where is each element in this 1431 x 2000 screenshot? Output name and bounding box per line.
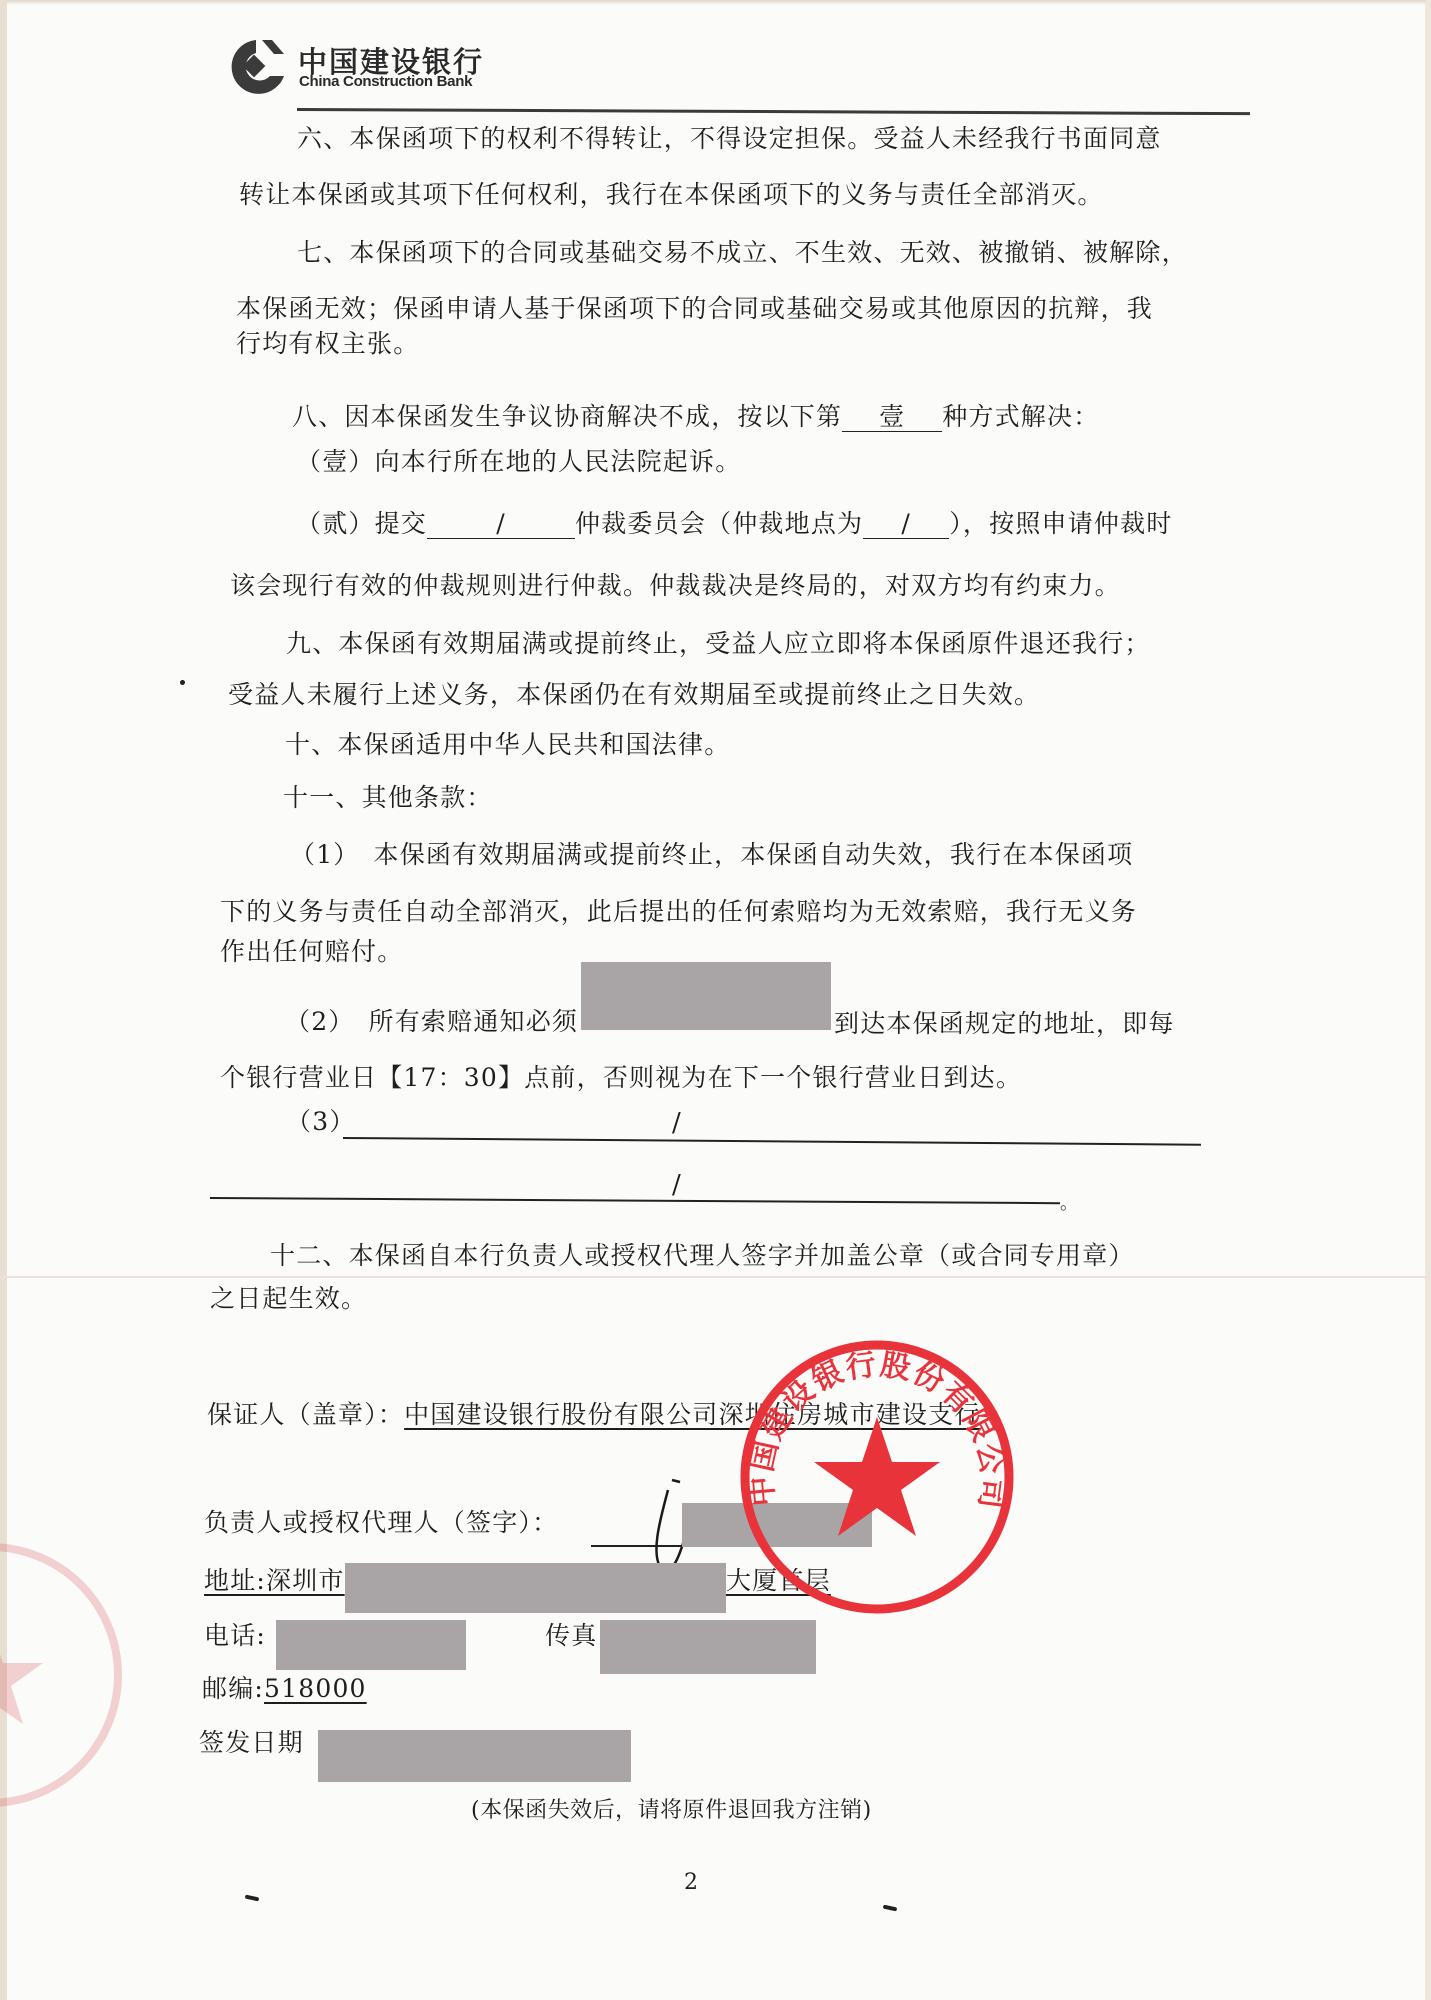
scan-edge-top bbox=[0, 0, 1431, 5]
clause-7-line-3: 行均有权主张。 bbox=[236, 327, 419, 361]
scan-edge-right bbox=[1425, 0, 1431, 2000]
clause-6-line-2: 转让本保函或其项下任何权利，我行在本保函项下的义务与责任全部消灭。 bbox=[239, 178, 1104, 212]
redaction-box bbox=[600, 1620, 816, 1674]
item-3-blank-line-2 bbox=[210, 1197, 1060, 1204]
clause-8-suffix: 种方式解决： bbox=[942, 402, 1099, 431]
postcode-label: 邮编: bbox=[202, 1674, 264, 1703]
signer-label: 负责人或授权代理人（签字）： bbox=[204, 1508, 558, 1537]
option-2-suffix: ），按照申请仲裁时 bbox=[949, 509, 1172, 538]
guarantor-label: 保证人（盖章）： bbox=[207, 1400, 404, 1429]
clause-11-item-1-line-1: （1）本保函有效期届满或提前终止，本保函自动失效，我行在本保函项 bbox=[290, 838, 1133, 872]
redaction-box bbox=[276, 1620, 466, 1670]
bank-name-en: China Construction Bank bbox=[299, 73, 472, 90]
scan-speck bbox=[245, 1895, 260, 1902]
page-number: 2 bbox=[684, 1870, 698, 1895]
redaction-box bbox=[318, 1730, 631, 1782]
item-2-prefix: 所有索赔通知必须 bbox=[369, 1007, 579, 1036]
item-2-label: （2） bbox=[285, 1007, 355, 1036]
clause-11-item-2-line-2: 个银行营业日【17：30】点前，否则视为在下一个银行营业日到达。 bbox=[220, 1061, 1022, 1095]
clause-8-option-2-line-2: 该会现行有效的仲裁规则进行仲裁。仲裁裁决是终局的，对双方均有约束力。 bbox=[230, 569, 1121, 603]
ccb-logo-icon bbox=[226, 38, 290, 94]
scan-artifact-line bbox=[0, 1276, 1431, 1278]
address-row: 地址:深圳市 bbox=[204, 1564, 345, 1598]
postcode-value: 518000 bbox=[264, 1674, 367, 1703]
issue-date-label: 签发日期 bbox=[199, 1726, 304, 1760]
item-1-label: （1） bbox=[290, 840, 360, 869]
clause-7-line-2: 本保函无效；保函申请人基于保函项下的合同或基础交易或其他原因的抗辩，我 bbox=[236, 292, 1153, 326]
option-2-prefix: （贰）提交 bbox=[296, 509, 427, 538]
item-3-fill-1: / bbox=[672, 1108, 681, 1138]
header-divider bbox=[297, 108, 1250, 115]
clause-9-line-1: 九、本保函有效期届满或提前终止，受益人应立即将本保函原件退还我行； bbox=[286, 627, 1151, 661]
clause-12-line-2: 之日起生效。 bbox=[210, 1282, 367, 1316]
address-label: 地址:深圳市 bbox=[204, 1566, 345, 1595]
arbitration-committee-field: / bbox=[427, 510, 575, 539]
arbitration-place-field: / bbox=[863, 510, 949, 539]
item-3-end-mark: 。 bbox=[1060, 1187, 1079, 1221]
clause-6-line-1: 六、本保函项下的权利不得转让，不得设定担保。受益人未经我行书面同意 bbox=[297, 122, 1162, 156]
item-3-blank-line-1 bbox=[343, 1137, 1201, 1146]
clause-11-item-2-suffix: 到达本保函规定的地址，即每 bbox=[834, 1007, 1175, 1041]
faint-stamp-icon bbox=[0, 1535, 130, 1815]
clause-12-line-1: 十二、本保函自本行负责人或授权代理人签字并加盖公章（或合同专用章） bbox=[270, 1239, 1135, 1273]
clause-11-item-1-line-2: 下的义务与责任自动全部消灭，此后提出的任何索赔均为无效索赔，我行无义务 bbox=[220, 895, 1137, 929]
postcode-row: 邮编:518000 bbox=[202, 1672, 367, 1706]
clause-8-prefix: 八、因本保函发生争议协商解决不成，按以下第 bbox=[292, 402, 842, 431]
clause-9-line-2: 受益人未履行上述义务，本保函仍在有效期届至或提前终止之日失效。 bbox=[228, 678, 1040, 712]
fax-label: 传真 bbox=[545, 1619, 597, 1653]
clause-10: 十、本保函适用中华人民共和国法律。 bbox=[285, 728, 730, 762]
clause-8-option-2: （贰）提交/仲裁委员会（仲裁地点为/），按照申请仲裁时 bbox=[296, 507, 1173, 541]
redaction-box bbox=[345, 1563, 726, 1613]
clause-11-item-2-line-1: （2）所有索赔通知必须 bbox=[285, 1005, 578, 1039]
clause-11-title: 十一、其他条款： bbox=[283, 781, 493, 815]
return-note: (本保函失效后，请将原件退回我方注销) bbox=[471, 1793, 872, 1824]
item-3-fill-2: / bbox=[672, 1170, 681, 1200]
scan-speck bbox=[883, 1905, 898, 1912]
clause-7-line-1: 七、本保函项下的合同或基础交易不成立、不生效、无效、被撤销、被解除， bbox=[297, 236, 1188, 270]
clause-8-line-1: 八、因本保函发生争议协商解决不成，按以下第壹种方式解决： bbox=[292, 400, 1099, 434]
item-1-text: 本保函有效期届满或提前终止，本保函自动失效，我行在本保函项 bbox=[374, 840, 1134, 869]
option-2-mid: 仲裁委员会（仲裁地点为 bbox=[575, 509, 863, 538]
dispute-method-field: 壹 bbox=[842, 403, 942, 432]
redaction-box bbox=[581, 962, 831, 1030]
scan-speck bbox=[180, 680, 186, 686]
company-seal-icon: 中国建设银行股份有限公司深圳 bbox=[735, 1335, 1020, 1620]
signer-row: 负责人或授权代理人（签字）： bbox=[204, 1506, 558, 1540]
clause-8-option-1: （壹）向本行所在地的人民法院起诉。 bbox=[296, 445, 741, 479]
phone-label: 电话: bbox=[204, 1619, 266, 1653]
clause-11-item-1-line-3: 作出任何赔付。 bbox=[220, 935, 403, 969]
clause-11-item-3-label: （3） bbox=[286, 1105, 356, 1139]
